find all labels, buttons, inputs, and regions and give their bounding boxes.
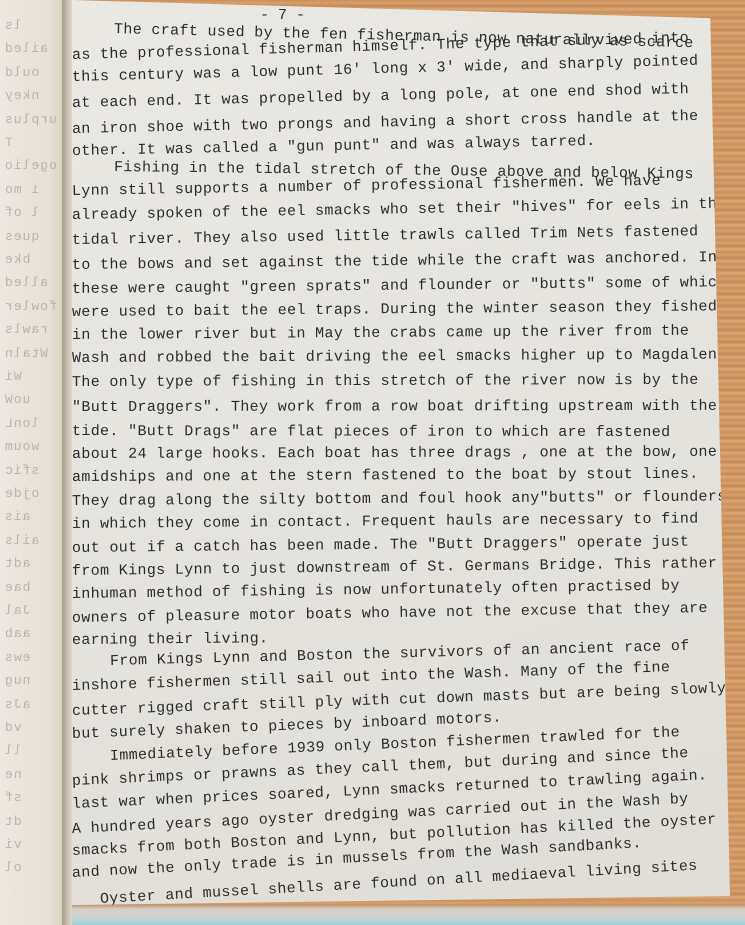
text-line: The only type of fishing in this stretch… [72,369,699,394]
facing-page-ghost-text: T [4,135,13,150]
typewritten-page: - 7 - The craft used by the fen fisherma… [72,0,730,905]
text-line: amidships and one at the stern fastened … [72,463,699,489]
facing-page-ghost-text: vd [4,720,22,735]
facing-page-ghost-text: vi [4,837,22,852]
facing-page-ghost-text: adt [4,556,30,571]
facing-page-ghost-text: ails [4,533,39,548]
text-line: in the lower river but in May the crabs … [72,320,689,348]
facing-page-ghost-text: woum [4,439,39,454]
facing-page-ghost-text: ls [4,18,22,33]
facing-page-ghost-text: i mo [4,182,39,197]
facing-page-ghost-text: Wi [4,369,22,384]
facing-page-ghost-text: ais [4,509,30,524]
facing-page-ghost-text: ol [4,860,22,875]
facing-page-ghost-text: ould [4,65,39,80]
facing-page-ghost-text: Jal [4,603,30,618]
facing-page-ghost-text: ews [4,650,30,665]
facing-page-ghost-text: ques [4,229,39,244]
facing-page-ghost-text: Wtaln [4,346,48,361]
text-line: Wash and robbed the bait driving the eel… [72,344,727,371]
facing-page-ghost-text: l of [4,205,39,220]
text-line: "Butt Draggers". They work from a row bo… [72,395,717,419]
facing-page-ghost-text: uoW [4,392,30,407]
facing-page-ghost-text: nug [4,673,30,688]
facing-page-ghost-text: fowler [4,299,57,314]
facing-page-ghost-text: lonL [4,416,39,431]
facing-page-ghost-text: ogelio [4,158,57,173]
facing-page-ghost-text: nkey [4,88,39,103]
facing-page-ghost-text: ll [4,743,22,758]
page-bottom-edge [72,905,745,925]
facing-page-ghost-text: bae [4,580,30,595]
facing-page-ghost-text: sfic [4,463,39,478]
facing-page-ghost-text: sf [4,790,22,805]
facing-page: lsailedouldnkeyurplusTogelioi mol ofques… [0,0,70,925]
facing-page-ghost-text: aJs [4,697,30,712]
facing-page-ghost-text: rawls [4,322,48,337]
page-text: - 7 - The craft used by the fen fisherma… [72,0,730,905]
facing-page-ghost-text: ailed [4,41,48,56]
facing-page-ghost-text: ojde [4,486,39,501]
facing-page-ghost-text: bke [4,252,30,267]
facing-page-ghost-text: dt [4,814,22,829]
facing-page-ghost-text: ne [4,767,22,782]
facing-page-ghost-text: alled [4,275,48,290]
facing-page-ghost-text: aab [4,626,30,641]
facing-page-ghost-text: urplus [4,112,57,127]
